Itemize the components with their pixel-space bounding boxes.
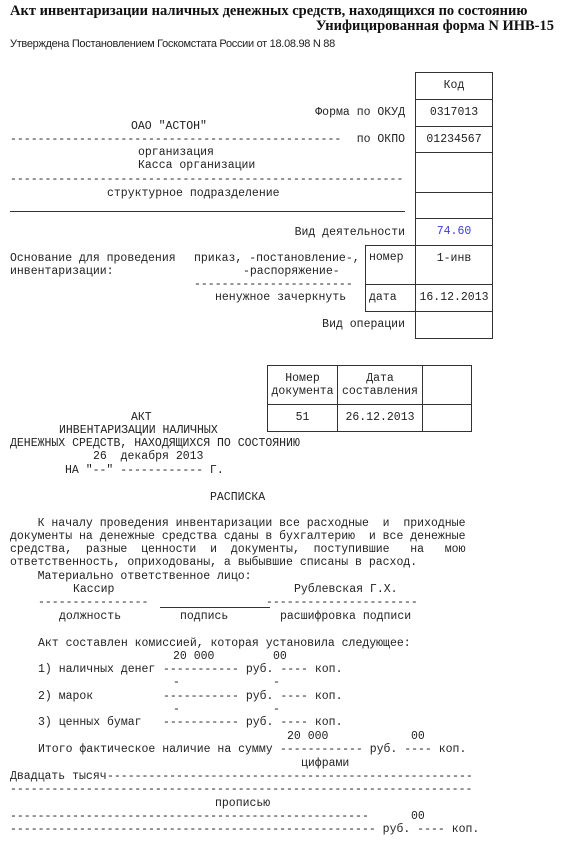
- kop-unit: коп.: [452, 823, 480, 836]
- item-2-label: 2) марок: [38, 690, 93, 703]
- rub-unit: руб.: [246, 690, 274, 703]
- act-title-3: ДЕНЕЖНЫХ СРЕДСТВ, НАХОДЯЩИХСЯ ПО СОСТОЯН…: [10, 437, 300, 450]
- receipt-title: РАСПИСКА: [210, 491, 265, 504]
- item-3-label: 3) ценных бумаг: [38, 716, 142, 729]
- item-1-label: 1) наличных денег: [38, 663, 155, 676]
- basis-label-2: инвентаризации:: [10, 265, 114, 278]
- doc-number-header: Номер документа: [267, 365, 338, 404]
- operation-value: [415, 311, 493, 338]
- okud-value: 0317013: [415, 99, 493, 126]
- strike-note: ненужное зачеркнуть: [215, 291, 346, 304]
- commission-intro: Акт составлен комиссией, которая установ…: [38, 637, 411, 650]
- basis-number-value: 1-инв: [415, 245, 493, 271]
- department-dash-line: ----------------------------------------…: [10, 173, 403, 186]
- in-words-kop: 00: [411, 810, 425, 823]
- total-kop: 00: [411, 730, 425, 743]
- in-words-value: Двадцать тысяч: [10, 770, 107, 783]
- act-na-date: НА "--" ------------ Г.: [65, 464, 224, 477]
- signature-line: [160, 607, 270, 608]
- activity-code-value: 74.60: [415, 218, 493, 245]
- okpo-label: по ОКПО: [357, 133, 405, 146]
- item-3-rub: -: [173, 703, 180, 716]
- receipt-line-1: К началу проведения инвентаризации все р…: [10, 517, 465, 530]
- total-label: Итого фактическое наличие на сумму: [38, 743, 273, 756]
- position-dash-line: ----------------: [38, 596, 148, 609]
- basis-date-label: дата: [369, 291, 397, 304]
- item-2-kop: -: [273, 676, 280, 689]
- department-name: Касса организации: [138, 159, 255, 172]
- operation-label: Вид операции: [322, 318, 405, 331]
- receipt-line-3: средства, разные ценности и документы, п…: [10, 543, 465, 556]
- kop-unit: коп.: [315, 716, 343, 729]
- form-name: Унифицированная форма N ИНВ-15: [316, 18, 554, 34]
- responsible-name: Рублевская Г.Х.: [294, 583, 398, 596]
- item-1-dashes: ----------- руб. ---- коп.: [163, 663, 342, 676]
- okpo-value: 01234567: [415, 126, 493, 153]
- receipt-line-4: ответственность, оприходованы, а выбывши…: [10, 556, 417, 569]
- rub-unit: руб.: [370, 743, 398, 756]
- rub-unit: руб.: [246, 663, 274, 676]
- position-value: Кассир: [73, 583, 114, 596]
- approval-note: Утверждена Постановлением Госкомстата Ро…: [10, 38, 335, 51]
- basis-dash-line: -----------------------: [194, 278, 353, 291]
- name-dash-line: ----------------------: [266, 596, 418, 609]
- total-dashes: ------------ руб. ---- коп.: [280, 743, 466, 756]
- item-2-dashes: ----------- руб. ---- коп.: [163, 690, 342, 703]
- kop-unit: коп.: [439, 743, 467, 756]
- basis-doc-type-2: -распоряжение-: [243, 265, 340, 278]
- department-caption: структурное подразделение: [107, 187, 280, 200]
- in-words-caption: прописью: [215, 797, 270, 810]
- item-2-rub: -: [173, 676, 180, 689]
- item-1-rub: 20 000: [173, 650, 214, 663]
- document-title: Акт инвентаризации наличных денежных сре…: [10, 3, 527, 19]
- item-1-kop: 00: [273, 650, 287, 663]
- basis-doc-type-1: приказ, -постановление-,: [194, 252, 360, 265]
- in-figures-caption: цифрами: [301, 757, 349, 770]
- doc-date-value: 26.12.2013: [337, 404, 423, 431]
- activity-label: Вид деятельности: [295, 226, 405, 239]
- basis-label-1: Основание для проведения: [10, 252, 176, 265]
- doc-number-value: 51: [267, 404, 338, 431]
- kop-unit: коп.: [315, 663, 343, 676]
- in-words-dash-line-2: ----------------------------------------…: [10, 783, 472, 796]
- kop-unit: коп.: [315, 690, 343, 703]
- item-3-kop: -: [273, 703, 280, 716]
- name-caption: расшифровка подписи: [280, 610, 411, 623]
- position-caption: должность: [59, 610, 121, 623]
- receipt-line-2: документы на денежные средства сданы в б…: [10, 530, 465, 543]
- item-3-dashes: ----------- руб. ---- коп.: [163, 716, 342, 729]
- code-header: Код: [415, 72, 493, 99]
- blank-line: [10, 211, 405, 212]
- organization-caption: организация: [138, 146, 214, 159]
- act-date: 26 декабря 2013: [93, 450, 203, 463]
- organization-name: ОАО "АСТОН": [131, 120, 207, 133]
- act-title-1: АКТ: [131, 411, 152, 424]
- basis-date-value: 16.12.2013: [415, 284, 493, 311]
- in-words-dash-line-4: ----------------------------------------…: [10, 823, 479, 836]
- total-rub: 20 000: [287, 730, 328, 743]
- in-words-dash-line-1: ----------------------------------------…: [107, 770, 473, 783]
- in-words-dash-line-3: ----------------------------------------…: [10, 810, 369, 823]
- organization-dash-line: ----------------------------------------…: [10, 133, 341, 146]
- okud-label: Форма по ОКУД: [315, 106, 405, 119]
- doc-date-header: Дата составления: [337, 365, 423, 404]
- basis-number-label: номер: [369, 251, 404, 264]
- rub-unit: руб.: [246, 716, 274, 729]
- responsible-label: Материально ответственное лицо:: [10, 570, 252, 583]
- signature-caption: подпись: [180, 610, 228, 623]
- act-title-2: ИНВЕНТАРИЗАЦИИ НАЛИЧНЫХ: [59, 424, 218, 437]
- rub-unit: руб.: [383, 823, 411, 836]
